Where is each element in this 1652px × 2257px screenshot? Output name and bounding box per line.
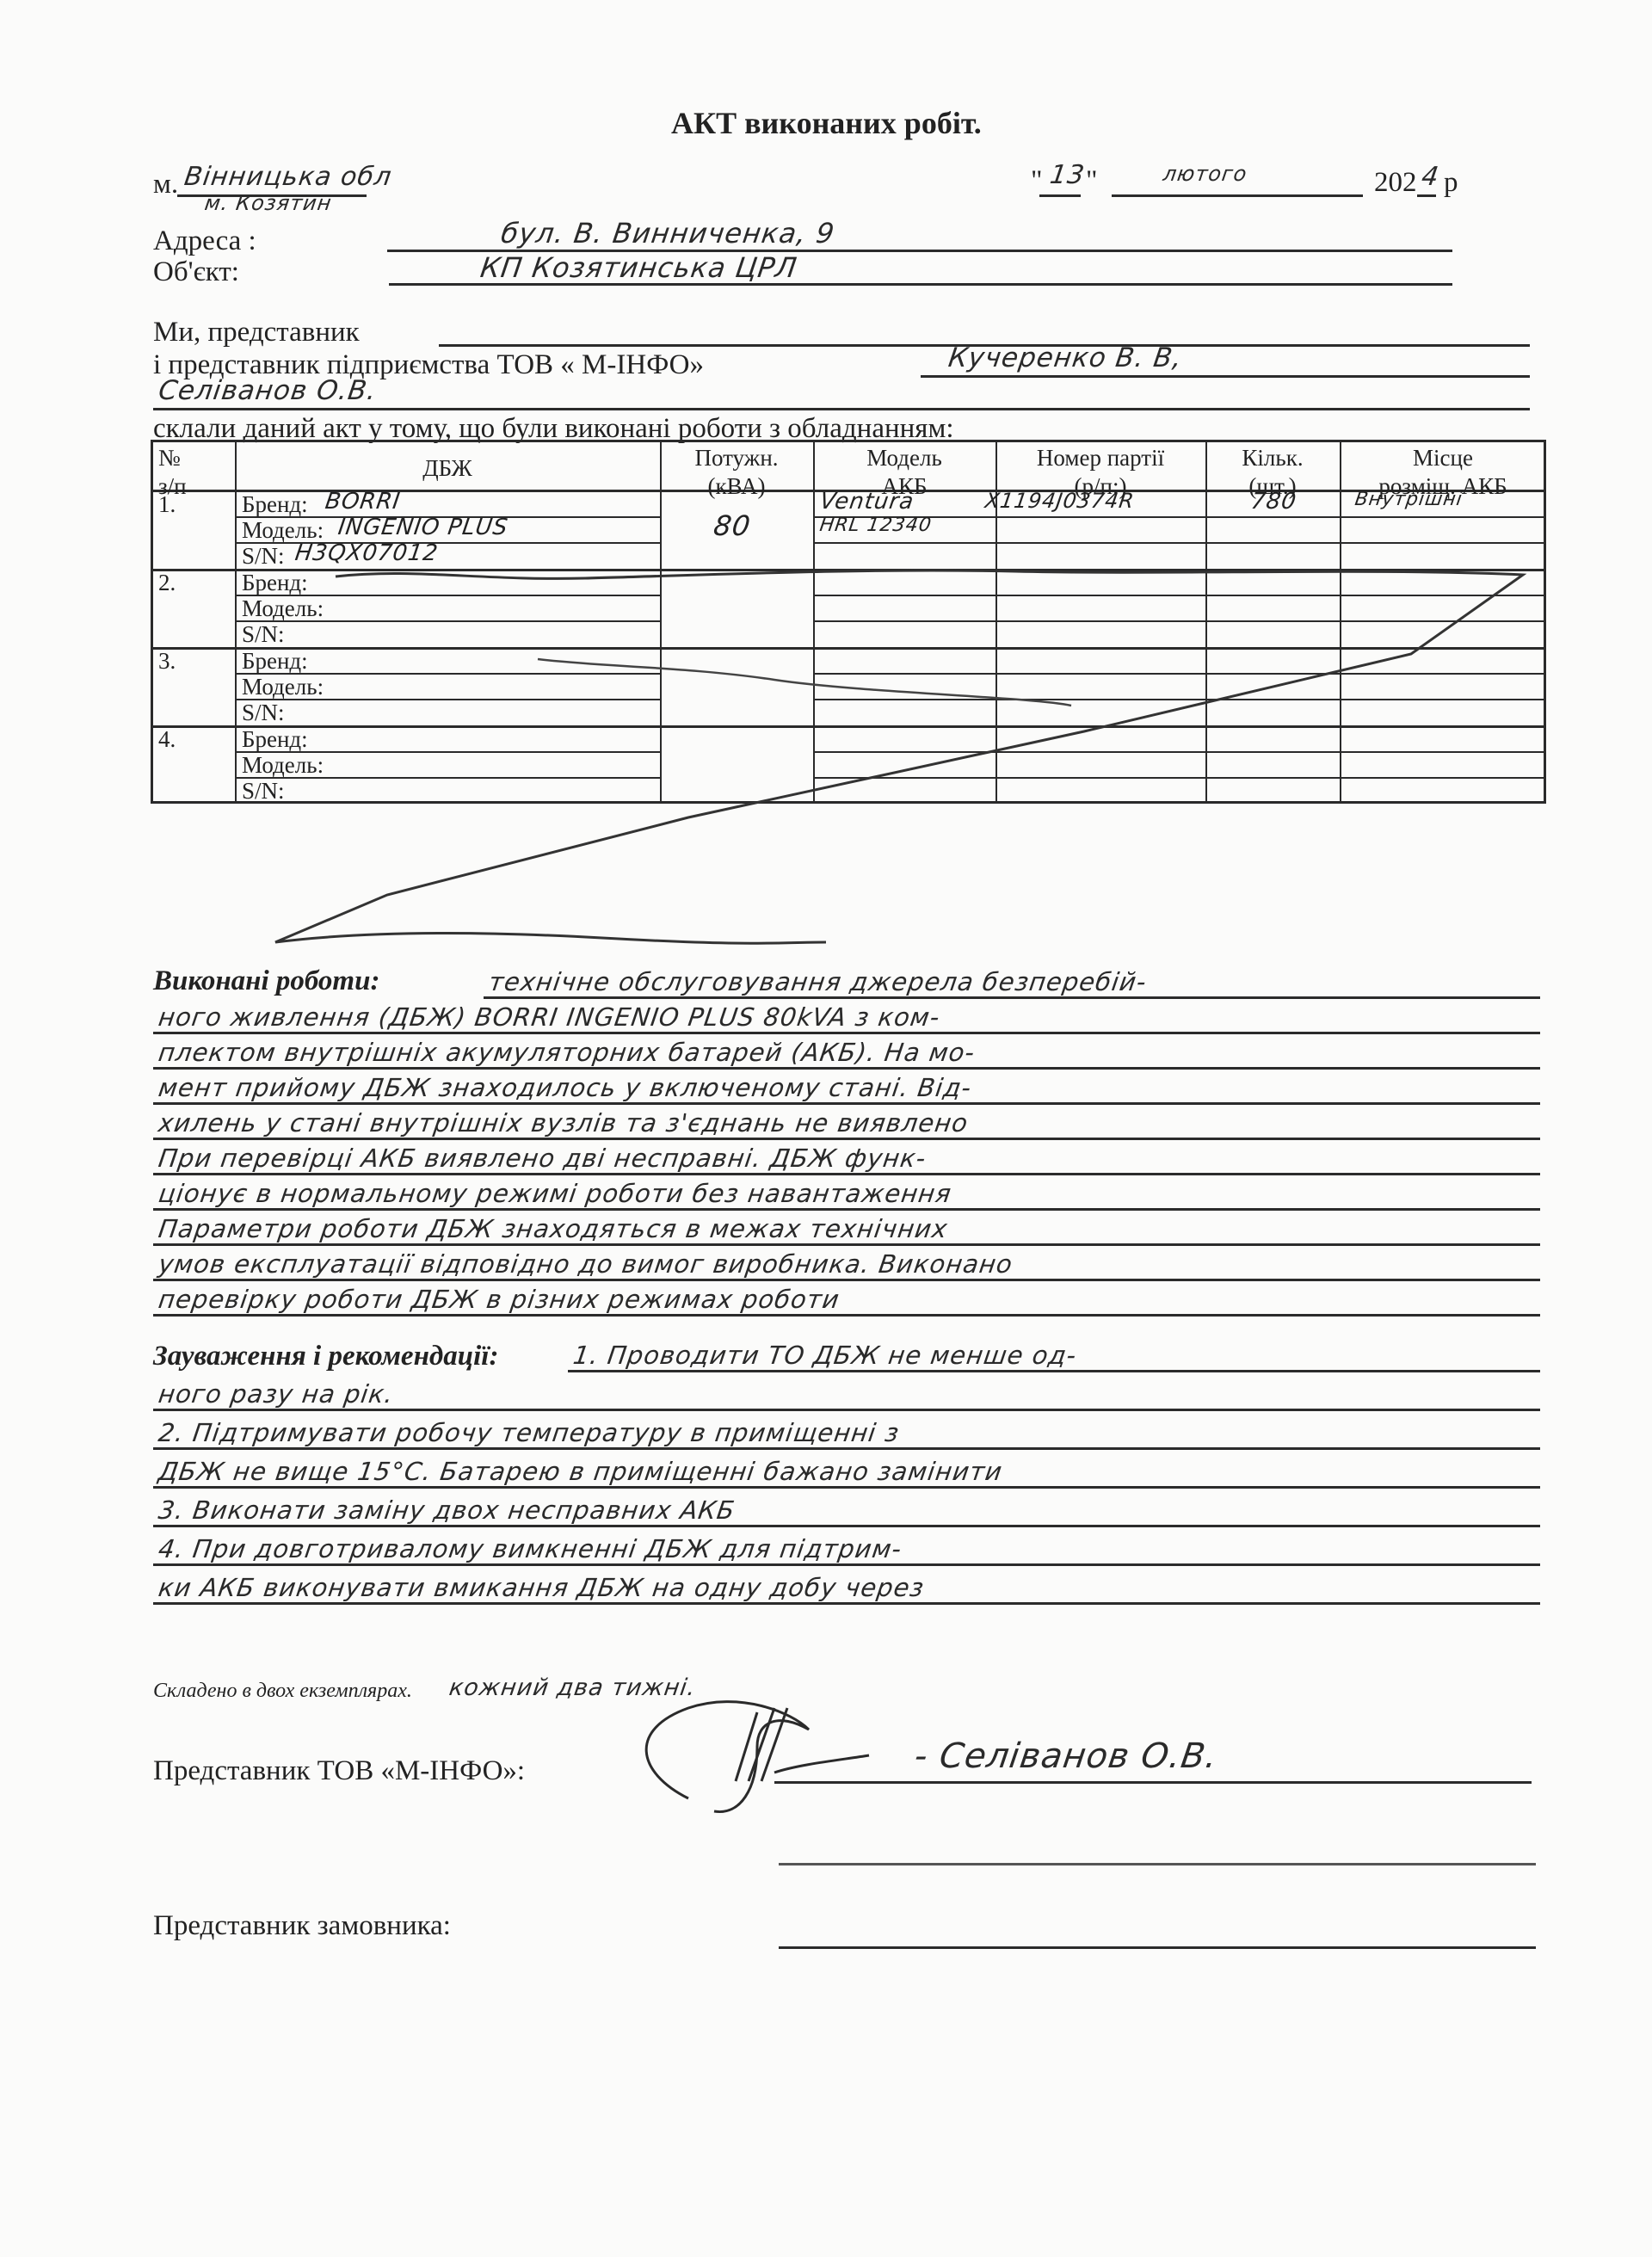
header-ups: ДБЖ: [235, 454, 660, 483]
row-number: 1.: [158, 491, 176, 518]
rep-label: Ми, представник: [153, 317, 360, 348]
ruled-line: [153, 1067, 1540, 1070]
work-done-line[interactable]: Параметри роботи ДБЖ знаходяться в межах…: [157, 1214, 950, 1243]
model-value[interactable]: INGENIO PLUS: [336, 515, 509, 540]
work-done-label: Виконані роботи:: [153, 965, 379, 997]
header-power-line2: (кВА): [660, 472, 813, 501]
sn-value[interactable]: H3QX07012: [293, 540, 440, 566]
date-day[interactable]: 13: [1048, 160, 1087, 190]
customer-signature-underline[interactable]: [779, 1946, 1536, 1949]
ruled-line: [153, 1486, 1540, 1489]
header-batch-line1: Номер партії: [996, 444, 1205, 472]
date-quote-close: ": [1086, 165, 1097, 197]
work-done-line[interactable]: хилень у стані внутрішніх вузлів та з'єд…: [157, 1108, 971, 1138]
header-battery-model-line1: Модель: [813, 444, 996, 472]
model-label: Модель:: [242, 752, 324, 779]
header-location-line1: Місце: [1340, 444, 1546, 472]
company-signature-underline[interactable]: [774, 1781, 1532, 1784]
brand-label: Бренд:: [242, 570, 308, 596]
brand-value[interactable]: BORRI: [324, 489, 402, 515]
date-month[interactable]: лютого: [1162, 162, 1248, 186]
remark-line[interactable]: 4. При довготривалому вимкненні ДБЖ для …: [157, 1534, 904, 1563]
header-power-line1: Потужн.: [660, 444, 813, 472]
row-number: 3.: [158, 648, 176, 675]
company-rep-underline: [921, 375, 1530, 378]
ruled-line: [153, 1525, 1540, 1527]
row-number: 2.: [158, 570, 176, 596]
ruled-line: [153, 1102, 1540, 1105]
battery-model-value-line2[interactable]: HRL 12340: [818, 515, 934, 536]
address-label: Адреса :: [153, 225, 256, 257]
date-year-unit: р: [1444, 167, 1458, 199]
ruled-line: [153, 1138, 1540, 1140]
customer-rep-signature-label: Представник замовника:: [153, 1910, 451, 1942]
sn-label: S/N:: [242, 621, 285, 648]
row-divider: [153, 647, 1544, 650]
subrow-divider: [813, 620, 1544, 622]
remark-line[interactable]: 2. Підтримувати робочу температуру в при…: [157, 1418, 902, 1447]
work-done-line[interactable]: ціонує в нормальному режимі роботи без н…: [157, 1179, 953, 1208]
subrow-divider: [813, 542, 1544, 544]
date-year-suffix[interactable]: 4: [1420, 162, 1441, 192]
work-done-line[interactable]: При перевірці АКБ виявлено дві несправні…: [157, 1144, 928, 1173]
company-rep-value[interactable]: Кучеренко В. В,: [946, 342, 1184, 373]
brand-label: Бренд:: [242, 491, 308, 518]
company-rep-value-line2[interactable]: Селіванов О.В.: [157, 375, 379, 406]
work-done-line[interactable]: технічне обслуговування джерела безпереб…: [487, 967, 1149, 996]
remark-line[interactable]: ДБЖ не вище 15°С. Батарею в приміщенні б…: [157, 1457, 1004, 1486]
city-value-line2: м. Козятин: [203, 191, 333, 215]
ruled-line: [153, 1279, 1540, 1281]
object-underline: [389, 283, 1452, 286]
address-value[interactable]: бул. В. Винниченка, 9: [499, 217, 837, 250]
subrow-divider: [813, 699, 1544, 700]
batch-value[interactable]: X1194J0374R: [983, 489, 1136, 513]
city-value[interactable]: Вінницька обл: [182, 162, 394, 192]
brand-label: Бренд:: [242, 648, 308, 675]
work-done-line[interactable]: перевірку роботи ДБЖ в різних режимах ро…: [157, 1285, 841, 1314]
company-rep-signature-label: Представник ТОВ «М-ІНФО»:: [153, 1755, 525, 1787]
power-value[interactable]: 80: [712, 509, 753, 542]
ruled-line: [568, 1370, 1540, 1372]
sn-label: S/N:: [242, 778, 285, 805]
company-rep-underline-2: [153, 408, 1530, 410]
ruled-line: [153, 1173, 1540, 1175]
company-signature-name: - Селіванов О.В.: [912, 1736, 1220, 1776]
ruled-line: [153, 1602, 1540, 1605]
ruled-line: [153, 1032, 1540, 1034]
remarks-label: Зауваження і рекомендації:: [153, 1341, 498, 1372]
subrow-divider: [813, 777, 1544, 779]
date-quote-open: ": [1031, 165, 1042, 197]
work-done-line[interactable]: умов експлуатації відповідно до вимог ви…: [157, 1249, 1014, 1279]
work-done-line[interactable]: мент прийому ДБЖ знаходилось у включеном…: [157, 1073, 974, 1102]
battery-model-value[interactable]: Ventura: [818, 489, 915, 515]
city-label: м.: [153, 169, 178, 200]
object-value[interactable]: КП Козятинська ЦРЛ: [478, 251, 799, 284]
equipment-table: № з/п ДБЖ Потужн. (кВА) Модель АКБ Номер…: [151, 440, 1546, 804]
remark-line[interactable]: 3. Виконати заміну двох несправних АКБ: [157, 1495, 737, 1525]
date-year-underline: [1417, 194, 1436, 197]
subrow-divider: [813, 751, 1544, 753]
date-year-prefix: 202: [1374, 167, 1417, 199]
subrow-divider: [813, 595, 1544, 596]
model-label: Модель:: [242, 674, 324, 700]
remark-line[interactable]: ного разу на рік.: [157, 1379, 396, 1409]
date-month-underline: [1112, 194, 1363, 197]
copies-handwritten: кожний два тижні.: [447, 1674, 698, 1701]
ruled-line: [153, 1409, 1540, 1411]
header-qty-line1: Кільк.: [1205, 444, 1340, 472]
brand-label: Бренд:: [242, 726, 308, 753]
ruled-line: [153, 1243, 1540, 1246]
row-divider: [153, 569, 1544, 571]
ruled-line: [153, 1563, 1540, 1566]
work-done-line[interactable]: ного живлення (ДБЖ) BORRI INGENIO PLUS 8…: [157, 1002, 942, 1032]
qty-value[interactable]: 780: [1249, 489, 1298, 515]
ruled-line: [153, 1208, 1540, 1211]
sn-label: S/N:: [242, 543, 285, 570]
sn-label: S/N:: [242, 700, 285, 726]
subrow-divider: [813, 673, 1544, 675]
location-value[interactable]: Внутрішні: [1353, 489, 1464, 510]
row-number: 4.: [158, 726, 176, 753]
remark-line[interactable]: 1. Проводити ТО ДБЖ не менше од-: [571, 1341, 1079, 1370]
ruled-line: [153, 1447, 1540, 1450]
remark-line[interactable]: ки АКБ виконувати вмикання ДБЖ на одну д…: [157, 1573, 927, 1602]
date-day-underline: [1039, 194, 1081, 197]
ruled-line: [153, 1314, 1540, 1317]
company-signature-underline-2[interactable]: [779, 1863, 1536, 1865]
document-title: АКТ виконаних робіт.: [671, 105, 982, 141]
model-label: Модель:: [242, 595, 324, 622]
work-done-line[interactable]: плектом внутрішніх акумуляторних батарей…: [157, 1038, 977, 1067]
header-power: Потужн. (кВА): [660, 444, 813, 501]
copies-text: Складено в двох екземплярах.: [153, 1680, 412, 1703]
row-divider: [153, 725, 1544, 728]
object-label: Об'єкт:: [153, 256, 239, 288]
header-num-line1: №: [158, 444, 240, 472]
ruled-line: [484, 996, 1540, 999]
